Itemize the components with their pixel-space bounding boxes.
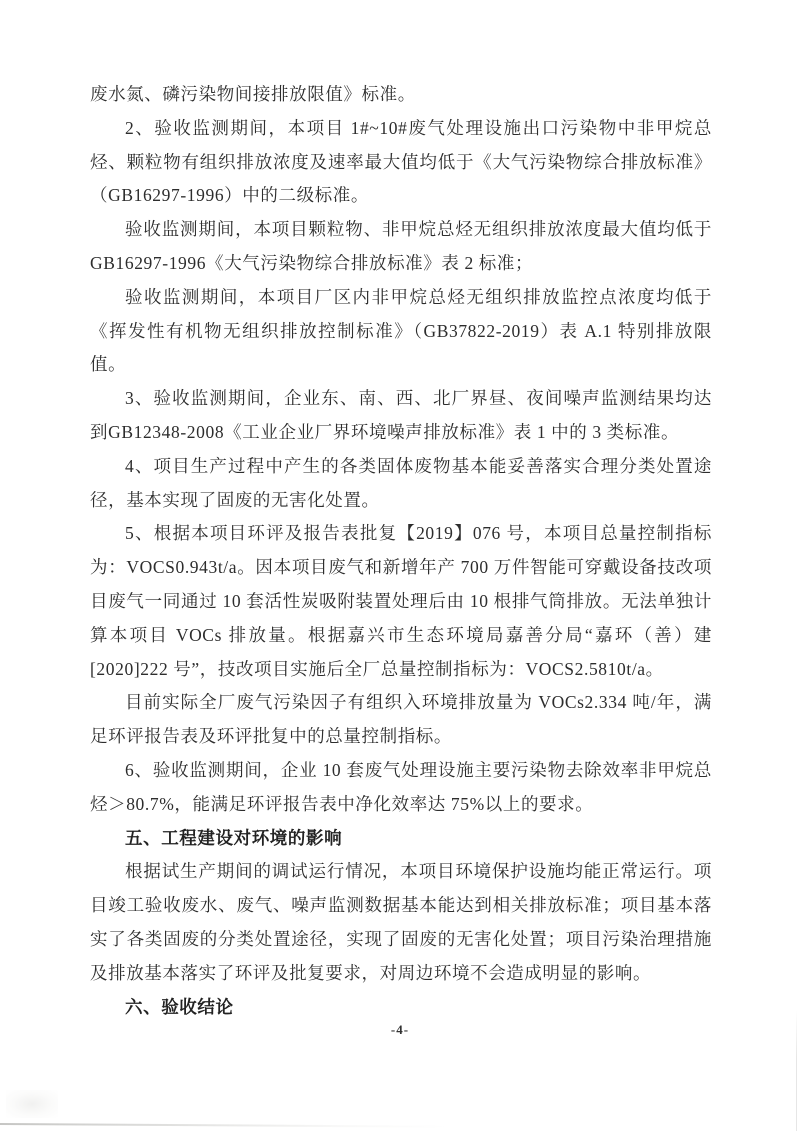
paragraph-item-2-organized-emissions: 2、验收监测期间，本项目 1#~10#废气处理设施出口污染物中非甲烷总烃、颗粒物… [90, 112, 712, 213]
paragraph-unorganized-particulates: 验收监测期间，本项目颗粒物、非甲烷总烃无组织排放浓度最大值均低于GB16297-… [90, 213, 712, 281]
paragraph-trial-operation: 根据试生产期间的调试运行情况，本项目环境保护设施均能正常运行。项目竣工验收废水、… [90, 855, 712, 990]
paragraph-wastewater-standard-continuation: 废水氮、磷污染物间接排放限值》标准。 [90, 78, 712, 112]
paragraph-current-emissions: 目前实际全厂废气污染因子有组织入环境排放量为 VOCs2.334 吨/年，满足环… [90, 686, 712, 754]
paragraph-item-6-removal-efficiency: 6、验收监测期间，企业 10 套废气处理设施主要污染物去除效率非甲烷总烃＞80.… [90, 754, 712, 822]
scan-artifact-line [0, 1123, 450, 1128]
scan-artifact-edge [796, 1010, 797, 1131]
page-body-text: 废水氮、磷污染物间接排放限值》标准。 2、验收监测期间，本项目 1#~10#废气… [90, 78, 712, 1024]
document-page: { "document": { "paragraphs": [ { "text"… [0, 0, 800, 1131]
heading-section-6-acceptance-conclusion: 六、验收结论 [90, 991, 712, 1025]
paragraph-item-4-solid-waste: 4、项目生产过程中产生的各类固体废物基本能妥善落实合理分类处置途径，基本实现了固… [90, 450, 712, 518]
page-number: -4- [0, 1022, 800, 1038]
paragraph-item-5-total-control: 5、根据本项目环评及报告表批复【2019】076 号，本项目总量控制指标为：VO… [90, 517, 712, 686]
paragraph-item-3-noise: 3、验收监测期间，企业东、南、西、北厂界昼、夜间噪声监测结果均达到GB12348… [90, 382, 712, 450]
scan-artifact-smudge [6, 1090, 58, 1118]
paragraph-unorganized-nmhc-factory: 验收监测期间，本项目厂区内非甲烷总烃无组织排放监控点浓度均低于《挥发性有机物无组… [90, 281, 712, 382]
heading-section-5-environment-impact: 五、工程建设对环境的影响 [90, 822, 712, 856]
